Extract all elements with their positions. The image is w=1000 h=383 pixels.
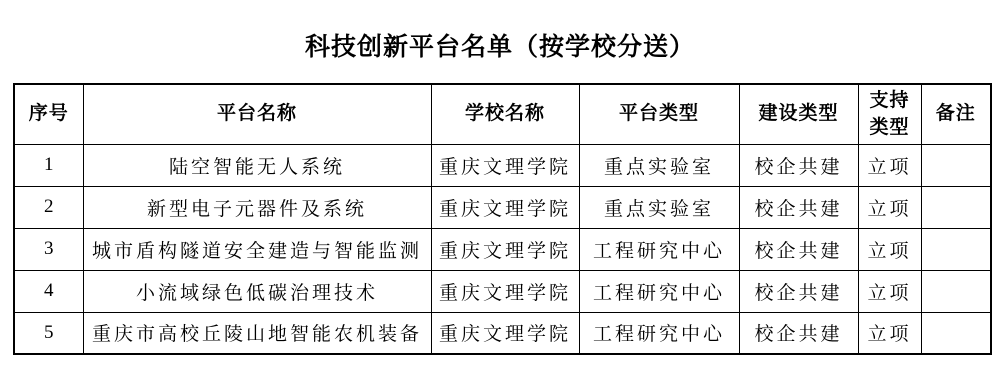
cell-platform-name: 陆空智能无人系统 [83,144,431,186]
cell-school-name: 重庆文理学院 [431,186,579,228]
header-cell-platform-name: 平台名称 [83,84,431,144]
header-cell-serial: 序号 [14,84,83,144]
table-row: 4 小流域绿色低碳治理技术 重庆文理学院 工程研究中心 校企共建 立项 [14,270,991,312]
cell-serial: 3 [14,228,83,270]
cell-platform-type: 工程研究中心 [579,312,739,354]
cell-support-type: 立项 [858,186,921,228]
cell-build-type: 校企共建 [739,186,858,228]
cell-school-name: 重庆文理学院 [431,270,579,312]
cell-remark [921,312,991,354]
cell-platform-type: 重点实验室 [579,186,739,228]
cell-support-type: 立项 [858,312,921,354]
cell-serial: 5 [14,312,83,354]
header-cell-remark: 备注 [921,84,991,144]
cell-build-type: 校企共建 [739,228,858,270]
cell-school-name: 重庆文理学院 [431,312,579,354]
cell-build-type: 校企共建 [739,312,858,354]
cell-support-type: 立项 [858,228,921,270]
cell-school-name: 重庆文理学院 [431,144,579,186]
table-row: 5 重庆市高校丘陵山地智能农机装备 重庆文理学院 工程研究中心 校企共建 立项 [14,312,991,354]
header-cell-platform-type: 平台类型 [579,84,739,144]
cell-remark [921,186,991,228]
cell-build-type: 校企共建 [739,270,858,312]
cell-serial: 2 [14,186,83,228]
cell-platform-type: 工程研究中心 [579,228,739,270]
cell-support-type: 立项 [858,270,921,312]
table-row: 2 新型电子元器件及系统 重庆文理学院 重点实验室 校企共建 立项 [14,186,991,228]
cell-support-type: 立项 [858,144,921,186]
header-cell-support-type: 支持类型 [858,84,921,144]
platform-table: 序号 平台名称 学校名称 平台类型 建设类型 支持类型 备注 1 陆空智能无人系… [13,83,992,355]
table-row: 1 陆空智能无人系统 重庆文理学院 重点实验室 校企共建 立项 [14,144,991,186]
cell-platform-name: 城市盾构隧道安全建造与智能监测 [83,228,431,270]
cell-platform-type: 工程研究中心 [579,270,739,312]
cell-platform-name: 重庆市高校丘陵山地智能农机装备 [83,312,431,354]
cell-remark [921,228,991,270]
page-title: 科技创新平台名单（按学校分送） [0,27,1000,63]
table-row: 3 城市盾构隧道安全建造与智能监测 重庆文理学院 工程研究中心 校企共建 立项 [14,228,991,270]
header-cell-school-name: 学校名称 [431,84,579,144]
cell-platform-name: 新型电子元器件及系统 [83,186,431,228]
cell-build-type: 校企共建 [739,144,858,186]
header-row: 序号 平台名称 学校名称 平台类型 建设类型 支持类型 备注 [14,84,991,144]
cell-serial: 4 [14,270,83,312]
cell-school-name: 重庆文理学院 [431,228,579,270]
cell-platform-name: 小流域绿色低碳治理技术 [83,270,431,312]
cell-serial: 1 [14,144,83,186]
header-cell-build-type: 建设类型 [739,84,858,144]
cell-platform-type: 重点实验室 [579,144,739,186]
cell-remark [921,270,991,312]
cell-remark [921,144,991,186]
